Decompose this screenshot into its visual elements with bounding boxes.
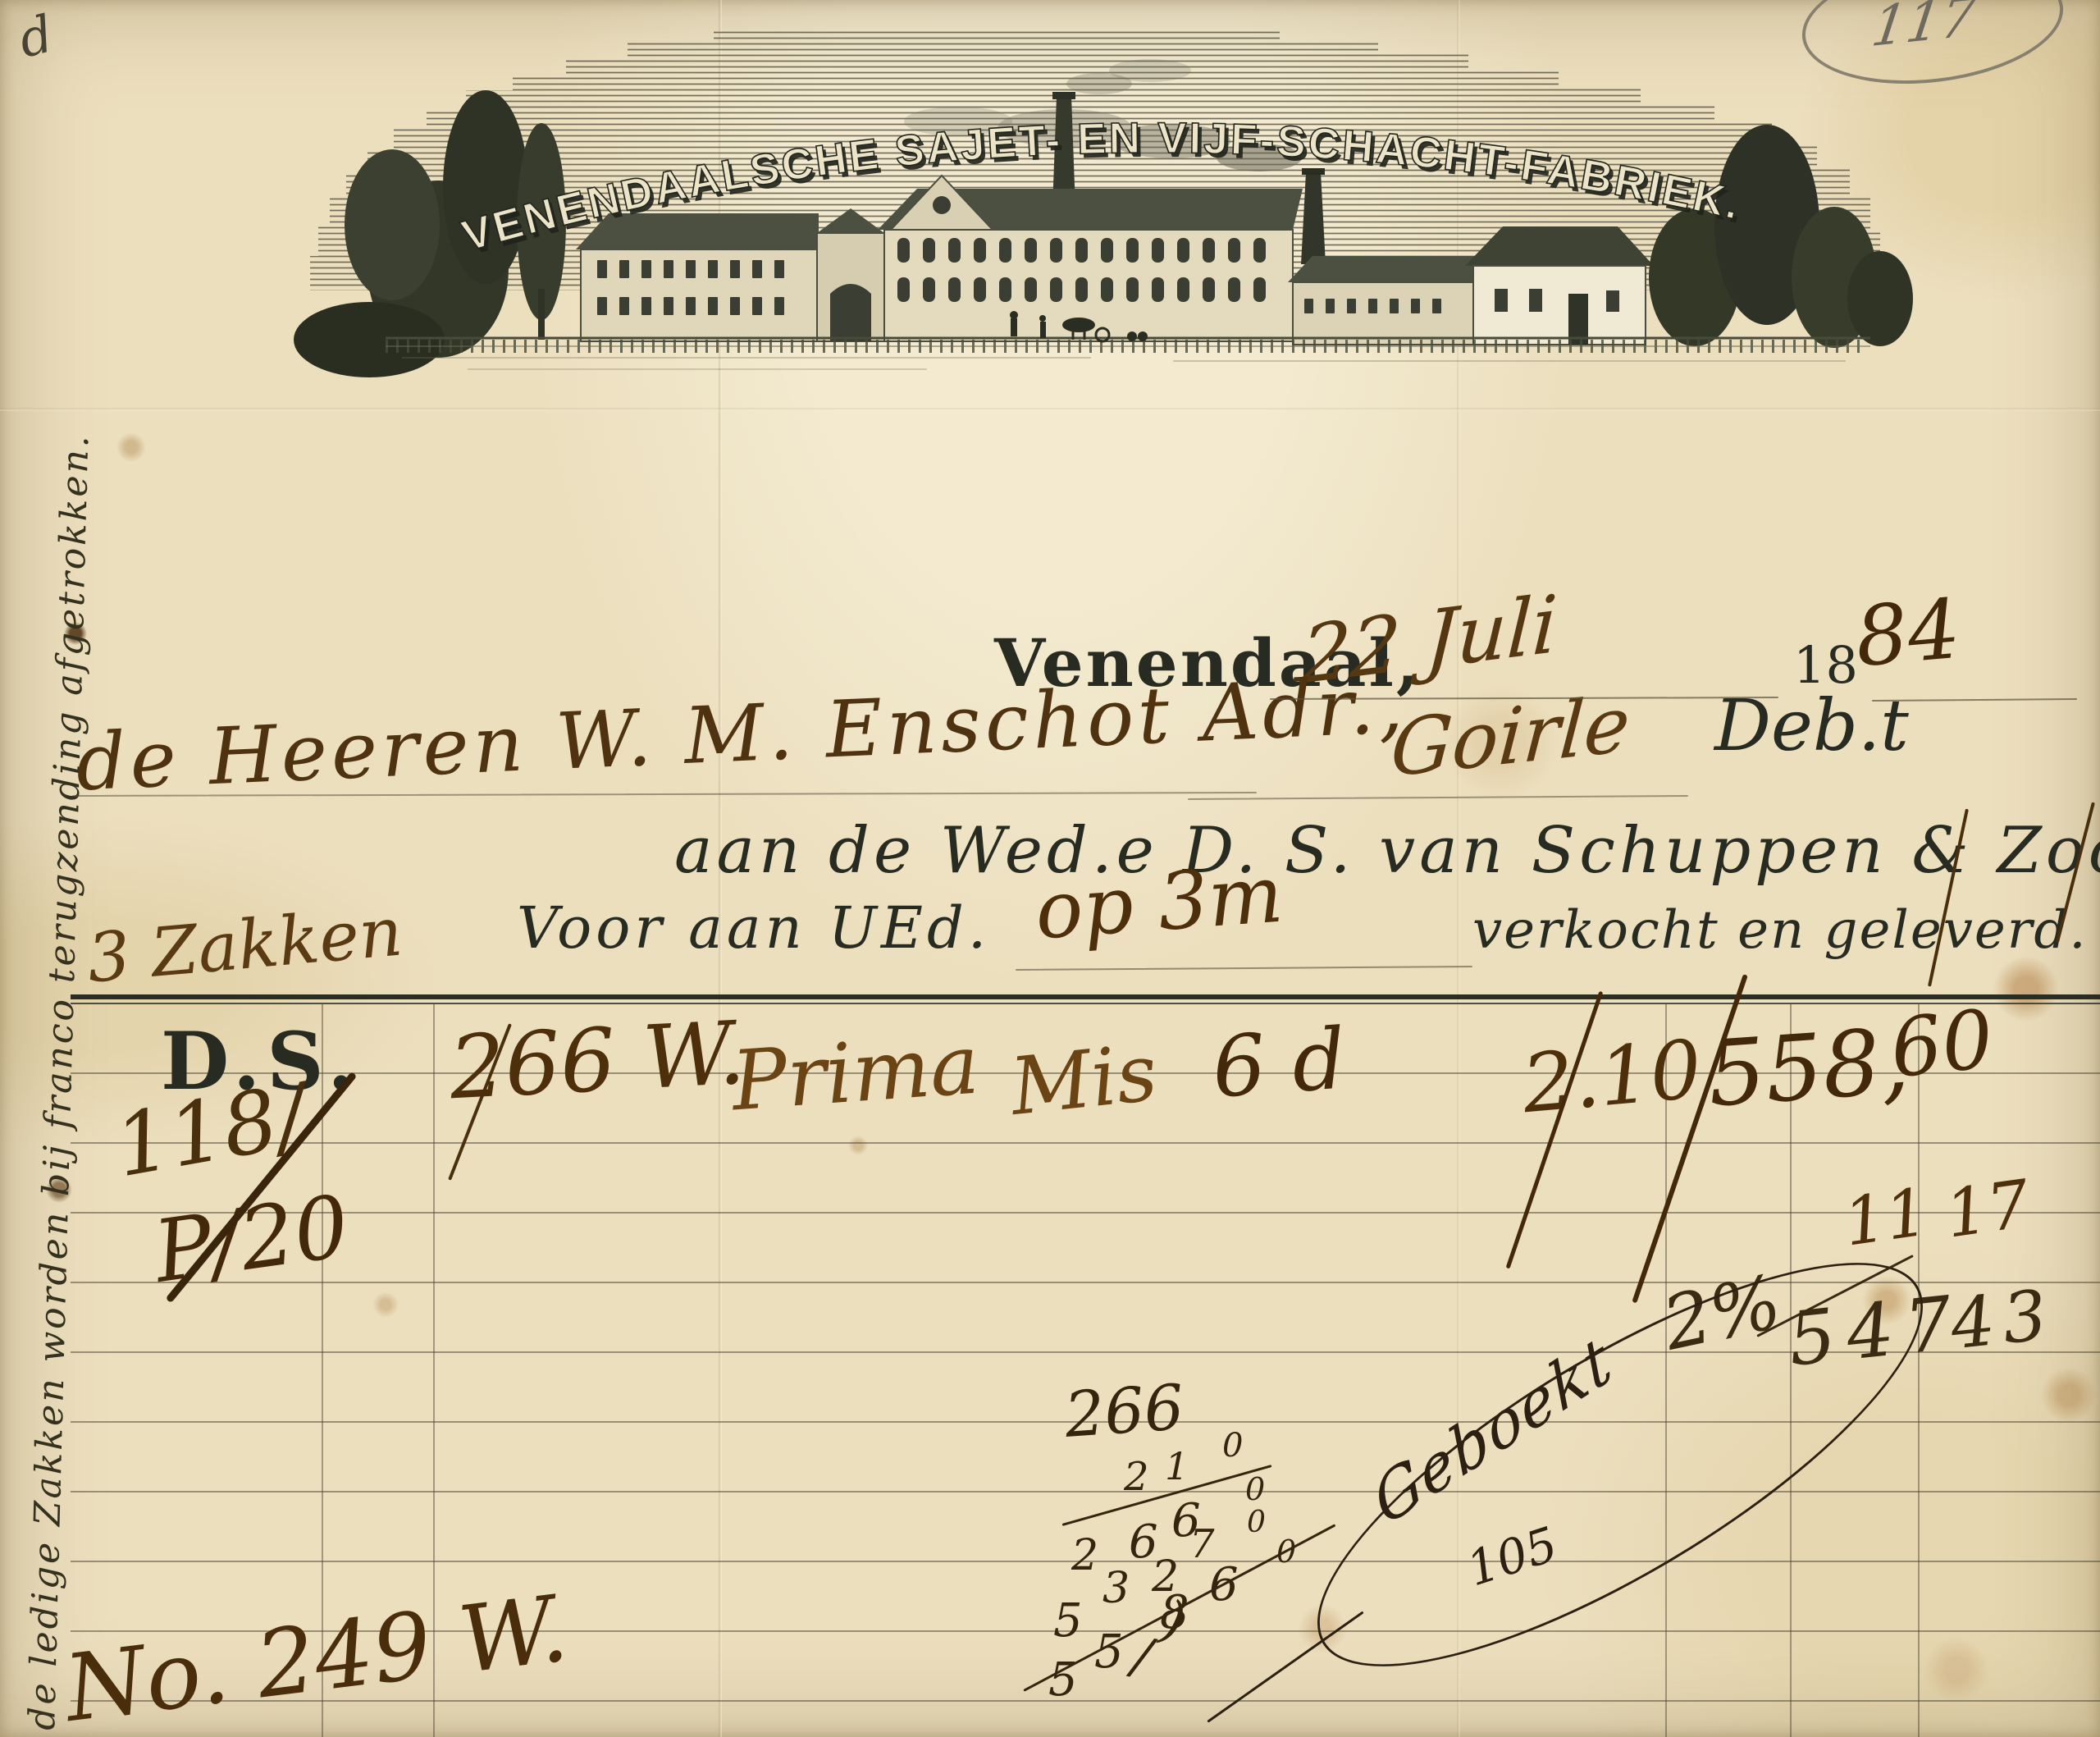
deduction-cents: 17 <box>1942 1171 2034 1247</box>
ink-stroke <box>1207 1611 1363 1722</box>
fold-crease-horizontal <box>0 408 2100 411</box>
total-cents: 43 <box>1947 1280 2058 1360</box>
ground <box>386 346 1870 369</box>
terms-printed-right: verkocht en geleverd. <box>1472 904 2088 957</box>
ink-stroke <box>1016 966 1472 971</box>
year-printed: 18 <box>1793 640 1858 691</box>
addressee-name: de Heeren W. M. Enschot Adr., <box>75 667 1408 803</box>
column-line <box>1918 1004 1920 1737</box>
scratch-digit: 0 <box>1222 1429 1243 1462</box>
terms-printed-left: Voor aan UEd. <box>517 899 990 957</box>
seller-line: aan de Wed.e D. S. van Schuppen & Zoon. <box>674 819 2100 883</box>
row1-price: 2.10 <box>1519 1030 1705 1126</box>
table-top-rule-2 <box>71 1003 2100 1004</box>
terms-handwritten: op 3m <box>1033 855 1285 951</box>
row1-desc-3: 6 d <box>1210 1017 1349 1110</box>
sacks-note: 3 Zakken <box>84 898 405 993</box>
year-handwritten: 84 <box>1852 588 1963 679</box>
ink-stroke <box>1188 795 1688 800</box>
row1-amount-guilders: 558, <box>1705 1016 1911 1120</box>
corner-ink-mark: d <box>14 8 58 66</box>
scratch-digit: 0 <box>1247 1508 1266 1538</box>
footer-note: No. 249 W. <box>60 1583 572 1735</box>
scratch-digit: 5 <box>1094 1630 1124 1675</box>
scratch-digit: 2 <box>1071 1534 1098 1577</box>
addressee-city: Goirle <box>1388 686 1632 789</box>
lot-number-1: 118/ <box>109 1072 313 1190</box>
ruled-line <box>71 1491 2100 1492</box>
factory-engraving: VENENDAALSCHE SAJET- EN VIJF-SCHACHT-FAB… <box>271 18 1936 387</box>
ruled-line <box>71 1142 2100 1144</box>
row1-desc-1: Prima <box>729 1024 982 1123</box>
ruled-line <box>71 1212 2100 1214</box>
table-top-rule <box>71 994 2100 999</box>
scratch-digit: / <box>1130 1630 1155 1684</box>
scratch-digit: 0 <box>1245 1474 1265 1505</box>
row1-quantity: 266 W. <box>447 1010 746 1113</box>
scratch-digit: 2 <box>1124 1457 1149 1497</box>
shed-roof <box>1288 256 1481 282</box>
scratch-digit: 266 <box>1063 1376 1186 1447</box>
row1-amount-cents: 60 <box>1887 999 1997 1090</box>
row1-desc-2: Mis <box>1007 1033 1160 1127</box>
scratch-digit: 3 <box>1102 1567 1130 1610</box>
ink-stroke <box>1506 990 1604 1268</box>
scratch-digit: 5 <box>1053 1598 1083 1644</box>
margin-note: de ledige Zakken worden bij franco terug… <box>25 401 95 1731</box>
shed-wall <box>1293 282 1473 345</box>
scratch-digit: 1 <box>1165 1447 1189 1485</box>
deduction-guilders: 11 <box>1840 1179 1932 1255</box>
invoice-page: d 117 de ledige Zakken worden bij franco… <box>0 0 2100 1737</box>
